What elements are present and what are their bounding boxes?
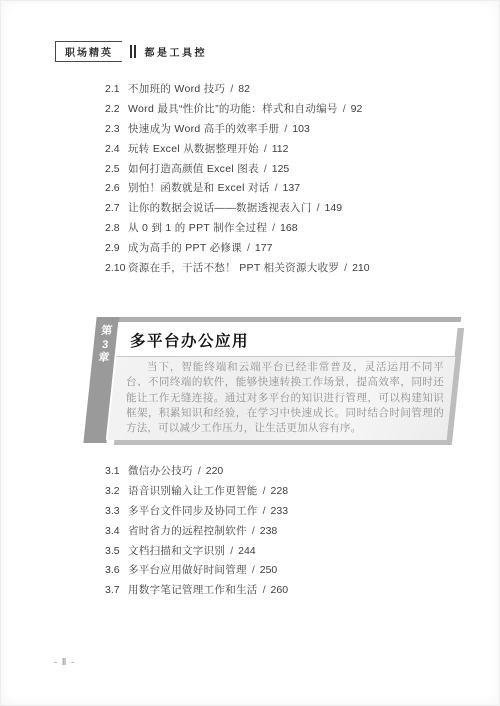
toc-item-page: 103 [292, 123, 310, 135]
toc-item-page: 244 [238, 545, 256, 557]
toc-item-page: 238 [260, 525, 278, 537]
toc-item-page: 149 [325, 202, 343, 214]
brand-box: 职场精英 [55, 41, 122, 62]
book-page: 职场精英 都是工具控 2.1 不加班的 Word 技巧 / 82 2.2 Wor… [0, 0, 500, 706]
toc-separator: / [263, 505, 266, 517]
toc-item-page: 220 [206, 465, 224, 477]
chapter-title: 多平台办公应用 [130, 329, 249, 351]
toc-item-title: 微信办公技巧 [128, 463, 193, 478]
toc-item-number: 2.3 [105, 123, 128, 135]
toc-item-title: 用数字笔记管理工作和生活 [128, 582, 258, 597]
toc-item-number: 3.7 [105, 584, 128, 596]
toc-item-number: 3.4 [105, 525, 128, 537]
brand-label: 职场精英 [65, 44, 113, 59]
toc-item-number: 2.1 [105, 83, 128, 95]
toc-separator: / [317, 202, 320, 214]
toc-item-page: 137 [283, 182, 301, 194]
toc-item-page: 260 [271, 584, 289, 596]
toc-separator: / [284, 123, 287, 135]
toc-item-number: 3.3 [105, 505, 128, 517]
toc-item-page: 112 [272, 143, 289, 155]
toc-item-title: 多平台应用做好时间管理 [128, 562, 247, 577]
toc-separator: / [247, 242, 250, 254]
toc-separator: / [198, 465, 201, 477]
toc-separator: / [343, 103, 346, 115]
toc-item-page: 210 [352, 262, 370, 274]
toc-item-title: 如何打造高颜值 Excel 图表 [128, 161, 259, 176]
toc-item: 2.10 资源在手，干活不愁！ PPT 相关资源大收罗 / 210 [105, 260, 370, 280]
toc-item: 2.2 Word 最具“性价比”的功能：样式和自动编号 / 92 [105, 101, 370, 121]
toc-item: 2.5 如何打造高颜值 Excel 图表 / 125 [105, 161, 370, 181]
double-bar-divider-icon [130, 45, 136, 58]
toc-separator: / [230, 83, 233, 95]
toc-item-number: 2.10 [105, 262, 128, 274]
toc-item: 2.9 成为高手的 PPT 必修课 / 177 [105, 240, 370, 260]
toc-separator: / [264, 143, 267, 155]
toc-chapter2-list: 2.1 不加班的 Word 技巧 / 82 2.2 Word 最具“性价比”的功… [105, 81, 370, 280]
toc-item-title: 玩转 Excel 从数据整理开始 [128, 141, 259, 156]
toc-item: 2.4 玩转 Excel 从数据整理开始 / 112 [105, 141, 370, 161]
toc-item-number: 2.5 [105, 163, 128, 175]
toc-separator: / [252, 525, 255, 537]
toc-separator: / [230, 545, 233, 557]
toc-item-title: 让你的数据会说话——数据透视表入门 [128, 200, 312, 215]
toc-item-number: 2.4 [105, 143, 128, 155]
toc-separator: / [275, 182, 278, 194]
toc-item-title: 别怕！函数就是和 Excel 对话 [128, 180, 270, 195]
toc-item-number: 3.5 [105, 545, 128, 557]
toc-item-number: 2.6 [105, 182, 128, 194]
chapter3-heading-block: 第3章 多平台办公应用 当下，智能终端和云端平台已经非常普及，灵活运用不同平台、… [64, 312, 468, 454]
toc-item-title: 从 0 到 1 的 PPT 制作全过程 [128, 220, 267, 235]
toc-item: 2.7 让你的数据会说话——数据透视表入门 / 149 [105, 200, 370, 220]
toc-item-title: 成为高手的 PPT 必修课 [128, 240, 242, 255]
toc-separator: / [264, 163, 267, 175]
toc-item: 2.1 不加班的 Word 技巧 / 82 [105, 81, 370, 101]
toc-item-title: 快速成为 Word 高手的效率手册 [128, 121, 279, 136]
toc-item-number: 2.8 [105, 222, 128, 234]
toc-item: 3.1 微信办公技巧 / 220 [105, 463, 288, 483]
toc-item: 2.3 快速成为 Word 高手的效率手册 / 103 [105, 121, 370, 141]
toc-item: 3.3 多平台文件同步及协同工作 / 233 [105, 503, 288, 523]
toc-item-title: 不加班的 Word 技巧 [128, 81, 225, 96]
toc-item-page: 82 [238, 83, 250, 95]
toc-item-title: 多平台文件同步及协同工作 [128, 503, 258, 518]
toc-separator: / [272, 222, 275, 234]
toc-item: 3.5 文档扫描和文字识别 / 244 [105, 543, 288, 563]
running-head: 职场精英 都是工具控 [55, 41, 207, 62]
toc-separator: / [263, 485, 266, 497]
toc-item-number: 3.2 [105, 485, 128, 497]
book-subtitle: 都是工具控 [145, 44, 208, 59]
toc-chapter3-list: 3.1 微信办公技巧 / 220 3.2 语音识别输入让工作更智能 / 228 … [105, 463, 288, 602]
toc-item-page: 92 [351, 103, 363, 115]
toc-item-title: 资源在手，干活不愁！ PPT 相关资源大收罗 [128, 260, 339, 275]
toc-item: 3.7 用数字笔记管理工作和生活 / 260 [105, 582, 288, 602]
toc-item-title: 省时省力的远程控制软件 [128, 523, 247, 538]
page-number: - Ⅱ - [54, 657, 75, 668]
toc-item-title: Word 最具“性价比”的功能：样式和自动编号 [128, 101, 338, 116]
toc-item-number: 2.7 [105, 202, 128, 214]
toc-item: 2.8 从 0 到 1 的 PPT 制作全过程 / 168 [105, 220, 370, 240]
toc-item-number: 3.6 [105, 564, 128, 576]
toc-item-page: 168 [280, 222, 298, 234]
toc-separator: / [263, 584, 266, 596]
toc-item-page: 228 [271, 485, 289, 497]
toc-item-page: 125 [272, 163, 290, 175]
toc-item-page: 233 [271, 505, 289, 517]
toc-item-title: 语音识别输入让工作更智能 [128, 483, 258, 498]
toc-item-number: 2.2 [105, 103, 128, 115]
toc-item-page: 250 [260, 564, 278, 576]
toc-item: 3.2 语音识别输入让工作更智能 / 228 [105, 483, 288, 503]
toc-separator: / [252, 564, 255, 576]
toc-item-number: 3.1 [105, 465, 128, 477]
toc-item: 3.6 多平台应用做好时间管理 / 250 [105, 562, 288, 582]
toc-item-number: 2.9 [105, 242, 128, 254]
chapter-intro-text: 当下，智能终端和云端平台已经非常普及，灵活运用不同平台、不同终端的软件，能够快速… [126, 360, 444, 436]
toc-item-title: 文档扫描和文字识别 [128, 543, 225, 558]
toc-item-page: 177 [255, 242, 273, 254]
toc-separator: / [344, 262, 347, 274]
toc-item: 2.6 别怕！函数就是和 Excel 对话 / 137 [105, 180, 370, 200]
toc-item: 3.4 省时省力的远程控制软件 / 238 [105, 523, 288, 543]
